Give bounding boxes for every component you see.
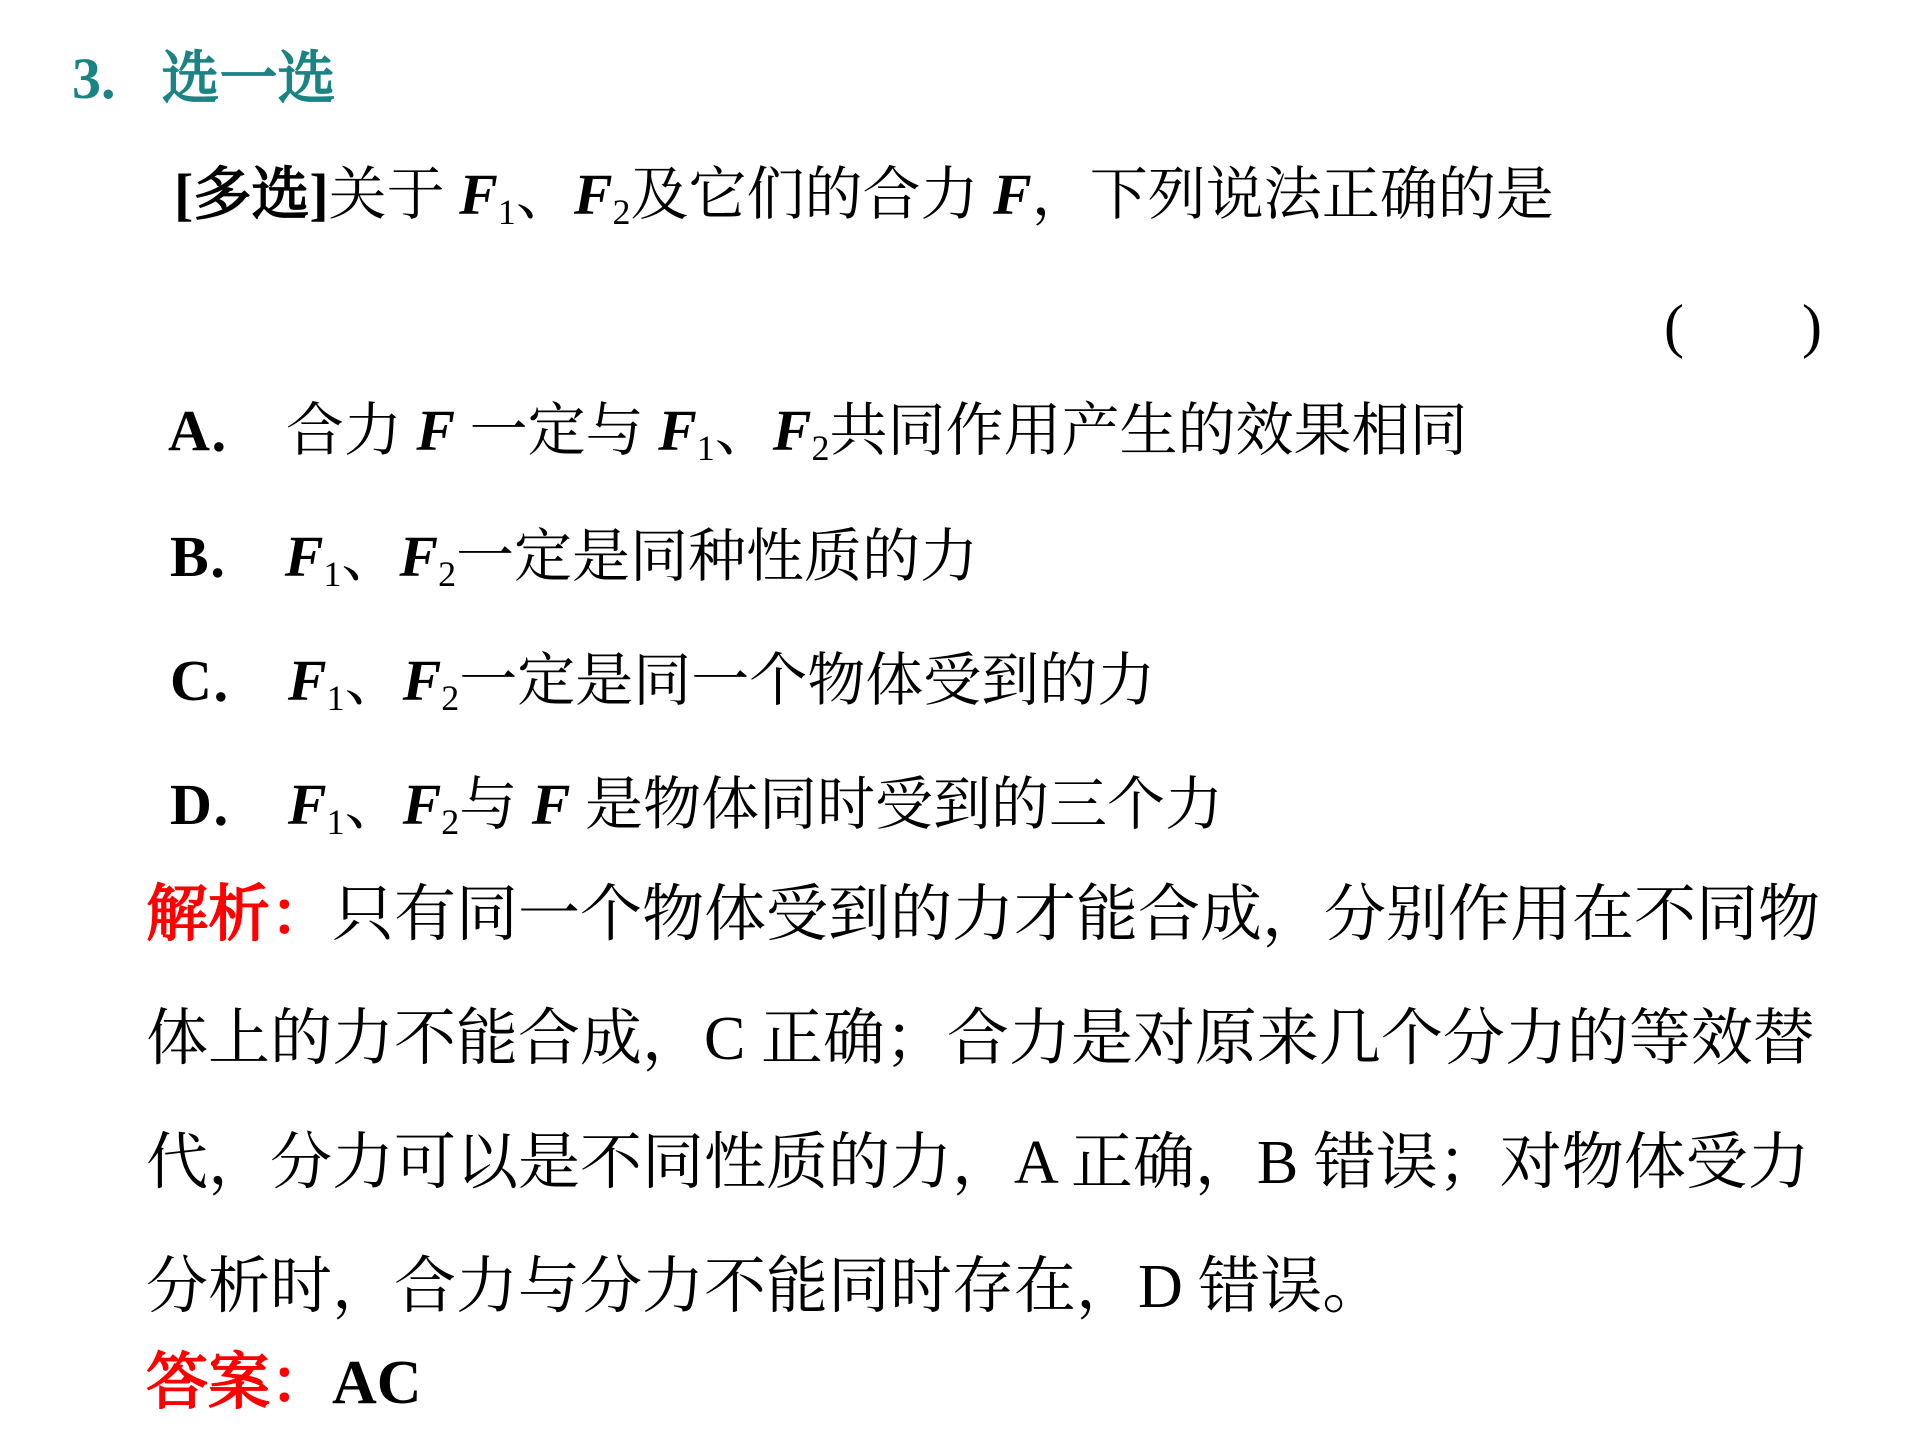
analysis-text: 分析时，合力与分力不能同时存在，D 错误。 <box>146 1253 1384 1321</box>
analysis-text: 只有同一个物体受到的力才能合成，分别作用在不同物 <box>332 881 1820 949</box>
var-f: F <box>993 162 1032 227</box>
answer-label: 答案： <box>146 1348 332 1417</box>
stem-text-2: 及它们的合力 <box>631 162 979 227</box>
analysis-line-3: 代，分力可以是不同性质的力，A 正确，B 错误；对物体受力 <box>146 1132 1810 1194</box>
option-c: C．F1、F2一定是同一个物体受到的力 <box>170 652 1155 710</box>
answer-value: AC <box>332 1349 422 1417</box>
analysis-text: 体上的力不能合成，C 正确；合力是对原来几个分力的等效替 <box>146 1005 1815 1073</box>
section-title: 3.选一选 <box>72 50 336 108</box>
option-a: A．合力F一定与F1、F2共同作用产生的效果相同 <box>168 402 1467 460</box>
analysis-line-2: 体上的力不能合成，C 正确；合力是对原来几个分力的等效替 <box>146 1008 1815 1070</box>
option-label: A． <box>168 398 268 463</box>
paren-close: ) <box>1802 293 1822 359</box>
answer-blank: () <box>1664 296 1822 356</box>
question-stem: [多选]关于F1、F2及它们的合力F，下列说法正确的是 <box>174 166 1554 224</box>
section-number: 3. <box>72 46 116 111</box>
paren-open: ( <box>1664 293 1684 359</box>
comma: ， <box>1032 162 1090 227</box>
var-f2: F2 <box>574 162 631 227</box>
answer-line: 答案：AC <box>146 1352 422 1414</box>
analysis-line-1: 解析：只有同一个物体受到的力才能合成，分别作用在不同物 <box>146 884 1820 946</box>
section-title-text: 选一选 <box>162 46 336 111</box>
analysis-line-4: 分析时，合力与分力不能同时存在，D 错误。 <box>146 1256 1384 1318</box>
separator: 、 <box>516 162 574 227</box>
option-label: D． <box>170 772 270 837</box>
option-label: C． <box>170 648 270 713</box>
analysis-label: 解析： <box>146 880 332 949</box>
option-label: B． <box>170 524 267 589</box>
question-type-tag: [多选] <box>174 162 329 227</box>
var-f1: F1 <box>459 162 516 227</box>
analysis-text: 代，分力可以是不同性质的力，A 正确，B 错误；对物体受力 <box>146 1129 1810 1197</box>
stem-text-3: 下列说法正确的是 <box>1090 162 1554 227</box>
option-b: B．F1、F2一定是同种性质的力 <box>170 528 978 586</box>
stem-text-1: 关于 <box>329 162 445 227</box>
option-d: D．F1、F2与F是物体同时受到的三个力 <box>170 776 1223 834</box>
